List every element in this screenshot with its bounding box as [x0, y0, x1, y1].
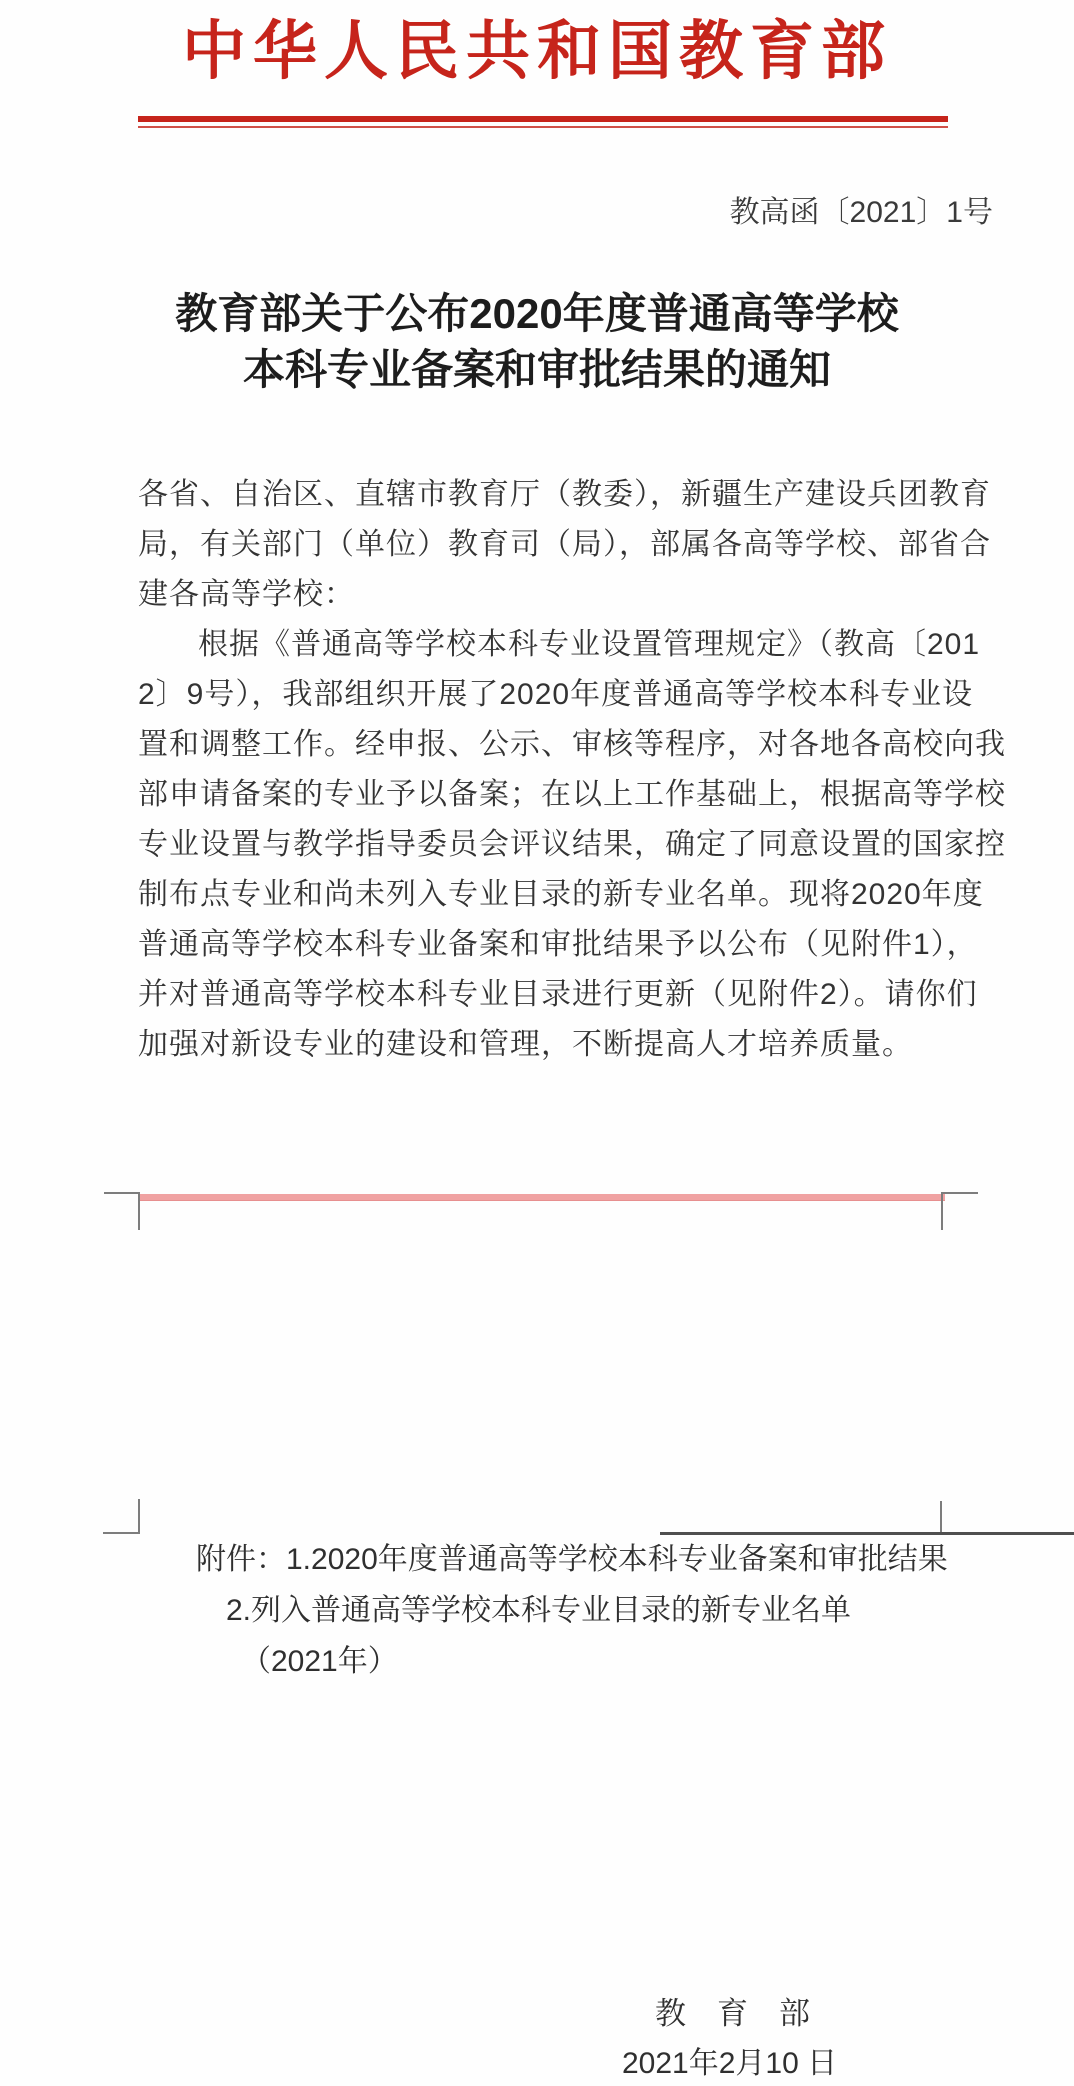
body-line: 置和调整工作。经申报、公示、审核等程序，对各地各高校向我 [138, 720, 948, 770]
issuing-agency-signature: 教 育 部 [655, 1996, 810, 2032]
body-line: 并对普通高等学校本科专业目录进行更新（见附件2）。请你们 [138, 970, 948, 1020]
document-number: 教高函〔2021〕1号 [730, 196, 993, 230]
body-line: 专业设置与教学指导委员会评议结果，确定了同意设置的国家控 [138, 820, 948, 870]
document-title-line-2: 本科专业备案和审批结果的通知 [0, 342, 1074, 398]
body-line: 制布点专业和尚未列入专业目录的新专业名单。现将2020年度 [138, 870, 948, 920]
body-line: 根据《普通高等学校本科专业设置管理规定》（教高〔201 [138, 620, 948, 670]
body-line: 建各高等学校： [138, 570, 948, 620]
attachment-item-2: 2.列入普通高等学校本科专业目录的新专业名单 [226, 1594, 851, 1628]
document-title-line-1: 教育部关于公布2020年度普通高等学校 [0, 286, 1074, 342]
attachment-item-2-year: （2021年） [241, 1645, 398, 1679]
page-corner-mark-top-left [104, 1192, 140, 1194]
body-line: 部申请备案的专业予以备案；在以上工作基础上，根据高等学校 [138, 770, 948, 820]
issue-date: 2021年2月10 日 [622, 2046, 837, 2082]
page-break-divider [138, 1194, 945, 1201]
document-title: 教育部关于公布2020年度普通高等学校 本科专业备案和审批结果的通知 [0, 286, 1074, 398]
body-line: 加强对新设专业的建设和管理，不断提高人才培养质量。 [138, 1020, 948, 1070]
agency-letterhead: 中华人民共和国教育部 [0, 6, 1074, 98]
page-bottom-rule [660, 1532, 1074, 1535]
body-line: 2〕9号），我部组织开展了2020年度普通高等学校本科专业设 [138, 670, 948, 720]
letterhead-rule-thin [138, 126, 948, 128]
body-line: 局，有关部门（单位）教育司（局），部属各高等学校、部省合 [138, 520, 948, 570]
attachment-item-1: 附件：1.2020年度普通高等学校本科专业备案和审批结果 [196, 1543, 948, 1577]
body-line: 各省、自治区、直辖市教育厅（教委），新疆生产建设兵团教育 [138, 470, 948, 520]
page-corner-mark-top-right [943, 1192, 978, 1194]
letterhead-rule-thick [138, 116, 948, 122]
page-corner-mark-bottom-left [138, 1499, 140, 1534]
document-body: 各省、自治区、直辖市教育厅（教委），新疆生产建设兵团教育 局，有关部门（单位）教… [138, 470, 948, 1070]
official-notice-document: 中华人民共和国教育部 教高函〔2021〕1号 教育部关于公布2020年度普通高等… [0, 0, 1074, 2086]
page-corner-mark-bottom-left [103, 1532, 140, 1534]
page-corner-mark-top-right [941, 1192, 943, 1230]
body-line: 普通高等学校本科专业备案和审批结果予以公布（见附件1）， [138, 920, 948, 970]
page-corner-mark-top-left [138, 1192, 140, 1230]
page-corner-mark-bottom-right [940, 1501, 942, 1534]
